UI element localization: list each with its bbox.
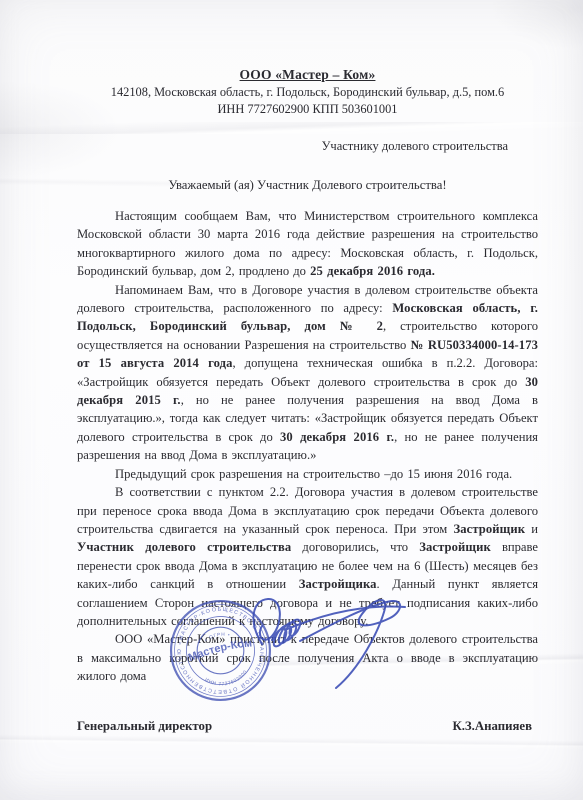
handwritten-signature <box>233 583 411 695</box>
letterhead: ООО «Мастер – Ком» 142108, Московская об… <box>77 66 538 118</box>
signer-title: Генеральный директор <box>77 718 212 735</box>
recipient-line: Участнику долевого строительства <box>77 138 508 155</box>
scanned-letter-page: ООО «Мастер – Ком» 142108, Московская об… <box>0 0 583 800</box>
signature-strokes <box>233 583 411 695</box>
paragraph: Предыдущий срок разрешения на строительс… <box>77 465 538 483</box>
company-tax-ids: ИНН 7727602900 КПП 503601001 <box>77 101 538 118</box>
paper-crease <box>0 733 583 751</box>
signature-block: Генеральный директор К.З.Анапияев <box>77 718 532 735</box>
salutation-line: Уважаемый (ая) Участник Долевого строите… <box>77 177 538 194</box>
signer-name: К.З.Анапияев <box>452 718 532 735</box>
company-name: ООО «Мастер – Ком» <box>77 66 538 84</box>
paragraph: Напоминаем Вам, что в Договоре участия в… <box>77 281 538 465</box>
paragraph: Настоящим сообщаем Вам, что Министерство… <box>77 207 538 281</box>
company-address: 142108, Московская область, г. Подольск,… <box>77 84 538 101</box>
